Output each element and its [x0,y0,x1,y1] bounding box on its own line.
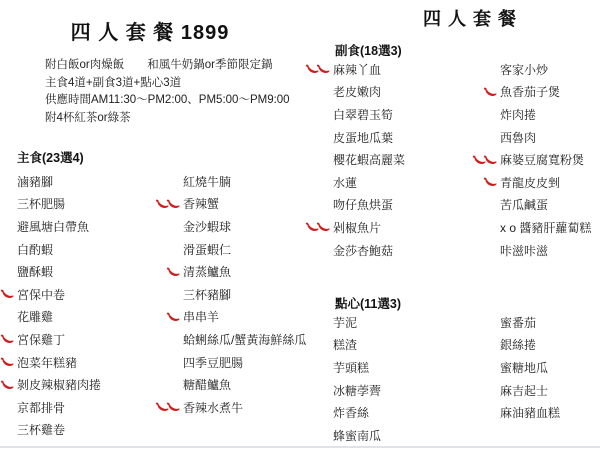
chili-icon [0,334,14,344]
left-page-title: 四 人 套 餐 1899 [0,16,300,45]
menu-item: 泡菜年糕豬 [0,351,178,374]
side-dishes-column-2: 客家小炒 魚香茄子煲 炸肉捲 西魯肉 麻婆豆腐寬粉煲 [471,58,600,261]
menu-item: 魚香茄子煲 [471,81,600,104]
spice-slot [0,357,14,367]
menu-item: 麻油豬血糕 [471,401,600,424]
chili-icon [166,267,180,277]
menu-item: 剁椒魚片 [304,216,494,239]
menu-item: 炸香絲 [304,401,494,424]
menu-item-label: 客家小炒 [500,61,548,78]
menu-item-label: 青龍皮皮剉 [500,174,560,191]
menu-item-label: 鹽酥蝦 [17,263,53,280]
menu-item: 白翠碧玉筍 [304,103,494,126]
menu-item: 鹽酥蝦 [0,260,178,283]
menu-item: 滷豬腳 [0,170,178,193]
spice-slot [154,402,180,412]
spice-slot [0,380,14,390]
menu-item: 剝皮辣椒豬肉捲 [0,373,178,396]
menu-item-label: 麻婆豆腐寬粉煲 [500,151,584,168]
spice-slot [154,312,180,322]
menu-item-label: 紅燒牛腩 [183,173,231,190]
menu-item-label: 冰糖荸薺 [333,382,381,399]
menu-item-label: 宮保雞丁 [17,331,65,348]
menu-item: 麻辣丫血 [304,58,494,81]
menu-item-label: 魚香茄子煲 [500,83,560,100]
main-dishes-column-1: 滷豬腳 三杯肥腸 避風塘白帶魚 白酌蝦 鹽酥蝦 [0,170,178,441]
menu-item-label: x o 醬豬肝蘿蔔糕 [500,219,591,236]
spice-slot [471,155,497,165]
note-line: 供應時間AM11:30～PM2:00、PM5:00～PM9:00 [45,92,290,110]
menu-item: 西魯肉 [471,126,600,149]
menu-item-label: 京都排骨 [17,399,65,416]
menu-item: 吻仔魚烘蛋 [304,194,494,217]
menu-item: 白酌蝦 [0,238,178,261]
menu-item-label: 炸香絲 [333,404,369,421]
menu-item: 花雕雞 [0,306,178,329]
menu-item: 蜜糖地瓜 [471,356,600,379]
menu-item: 宮保雞丁 [0,328,178,351]
spice-slot [0,289,14,299]
menu-item-label: 蜂蜜南瓜 [333,427,381,444]
page-bottom-divider [0,446,600,448]
menu-item-label: 芋泥 [333,314,357,331]
menu-item: 三杯豬腳 [154,283,344,306]
spice-slot [304,222,330,232]
spice-slot [471,177,497,187]
menu-item: 櫻花蝦高麗菜 [304,148,494,171]
menu-item: 避風塘白帶魚 [0,215,178,238]
menu-item-label: 白酌蝦 [17,241,53,258]
menu-item: x o 醬豬肝蘿蔔糕 [471,216,600,239]
menu-item-label: 三杯肥腸 [17,195,65,212]
menu-item: 蜂蜜南瓜 [304,424,494,447]
menu-item-label: 麻吉起士 [500,382,548,399]
menu-item-label: 櫻花蝦高麗菜 [333,151,405,168]
spice-slot [154,199,180,209]
menu-item-label: 糖醋鱸魚 [183,376,231,393]
menu-item: 苦瓜鹹蛋 [471,194,600,217]
menu-item: 客家小炒 [471,58,600,81]
spice-slot [304,64,330,74]
menu-item-label: 香辣蟹 [183,195,219,212]
menu-item-label: 老皮嫩肉 [333,83,381,100]
menu-item: 麻婆豆腐寬粉煲 [471,148,600,171]
menu-item: 金莎杏鮑菇 [304,239,494,262]
menu-item-label: 滑蛋蝦仁 [183,241,231,258]
spice-slot [0,334,14,344]
menu-item-label: 苦瓜鹹蛋 [500,196,548,213]
menu-item-label: 白翠碧玉筍 [333,106,393,123]
menu-item-label: 咔滋咔滋 [500,242,548,259]
chili-icon [483,87,497,97]
menu-item: 水蓮 [304,171,494,194]
menu-item: 京都排骨 [0,396,178,419]
menu-item-label: 水蓮 [333,174,357,191]
dessert-section-title: 點心(11選3) [335,294,401,312]
menu-item-label: 銀絲捲 [500,336,536,353]
menu-item-label: 金沙蝦球 [183,218,231,235]
spice-slot [154,267,180,277]
menu-item-label: 皮蛋地瓜葉 [333,129,393,146]
menu-item: 麻吉起士 [471,379,600,402]
menu-item-label: 清蒸鱸魚 [183,263,231,280]
menu-item-label: 滷豬腳 [17,173,53,190]
menu-item-label: 剝皮辣椒豬肉捲 [17,376,101,393]
dessert-column-1: 芋泥 糕渣 芋頭糕 冰糖荸薺 炸香絲 蜂 [304,311,494,447]
menu-item-label: 吻仔魚烘蛋 [333,196,393,213]
menu-item: 蜜番茄 [471,311,600,334]
menu-item: 冰糖荸薺 [304,379,494,402]
chili-icon [166,402,180,412]
main-section-title: 主食(23選4) [17,148,84,166]
menu-item: 糕渣 [304,334,494,357]
menu-item-label: 香辣水煮牛 [183,399,243,416]
menu-item: 咔滋咔滋 [471,239,600,262]
chili-icon [483,155,497,165]
menu-item: 芋泥 [304,311,494,334]
chili-icon [0,357,14,367]
side-section-title: 副食(18選3) [335,41,402,59]
menu-item-label: 花雕雞 [17,308,53,325]
menu-item-label: 宮保中卷 [17,286,65,303]
menu-item: 老皮嫩肉 [304,81,494,104]
left-page-notes: 附白飯or肉燥飯 和風牛奶鍋or季節限定鍋 主食4道+副食3道+點心3道 供應時… [45,57,290,127]
chili-icon [316,64,330,74]
menu-item: 銀絲捲 [471,334,600,357]
chili-icon [0,289,14,299]
menu-item-label: 西魯肉 [500,129,536,146]
menu-item-label: 避風塘白帶魚 [17,218,89,235]
menu-item: 三杯雞卷 [0,419,178,442]
menu-item: 芋頭糕 [304,356,494,379]
menu-item-label: 蜜番茄 [500,314,536,331]
note-line: 主食4道+副食3道+點心3道 [45,75,290,93]
menu-item-label: 金莎杏鮑菇 [333,242,393,259]
menu-item-label: 麻油豬血糕 [500,404,560,421]
dessert-column-2: 蜜番茄 銀絲捲 蜜糖地瓜 麻吉起士 麻油豬血糕 [471,311,600,424]
menu-item: 清蒸鱸魚 [154,260,344,283]
right-page-title: 四 人 套 餐 [320,5,600,31]
side-dishes-column-1: 麻辣丫血 老皮嫩肉 白翠碧玉筍 皮蛋地瓜葉 櫻花蝦高麗菜 [304,58,494,261]
menu-item: 皮蛋地瓜葉 [304,126,494,149]
menu-item: 宮保中卷 [0,283,178,306]
menu-item-label: 炸肉捲 [500,106,536,123]
menu-item-label: 剁椒魚片 [333,219,381,236]
chili-icon [0,380,14,390]
note-line: 附4杯紅茶or綠茶 [45,110,290,128]
menu-item-label: 泡菜年糕豬 [17,354,77,371]
menu-item-label: 蜜糖地瓜 [500,359,548,376]
menu-item: 三杯肥腸 [0,193,178,216]
note-line: 附白飯or肉燥飯 和風牛奶鍋or季節限定鍋 [45,57,290,75]
chili-icon [166,312,180,322]
chili-icon [316,222,330,232]
menu-item-label: 蛤蜊絲瓜/蟹黃海鮮絲瓜 [183,331,306,348]
menu-item-label: 麻辣丫血 [333,61,381,78]
menu-item-label: 糕渣 [333,336,357,353]
menu-item-label: 四季豆肥腸 [183,354,243,371]
menu-item: 炸肉捲 [471,103,600,126]
chili-icon [166,199,180,209]
menu-item-label: 芋頭糕 [333,359,369,376]
menu-item-label: 三杯豬腳 [183,286,231,303]
menu-item: 青龍皮皮剉 [471,171,600,194]
menu-item-label: 串串羊 [183,308,219,325]
spice-slot [471,87,497,97]
chili-icon [483,177,497,187]
menu-item-label: 三杯雞卷 [17,421,65,438]
